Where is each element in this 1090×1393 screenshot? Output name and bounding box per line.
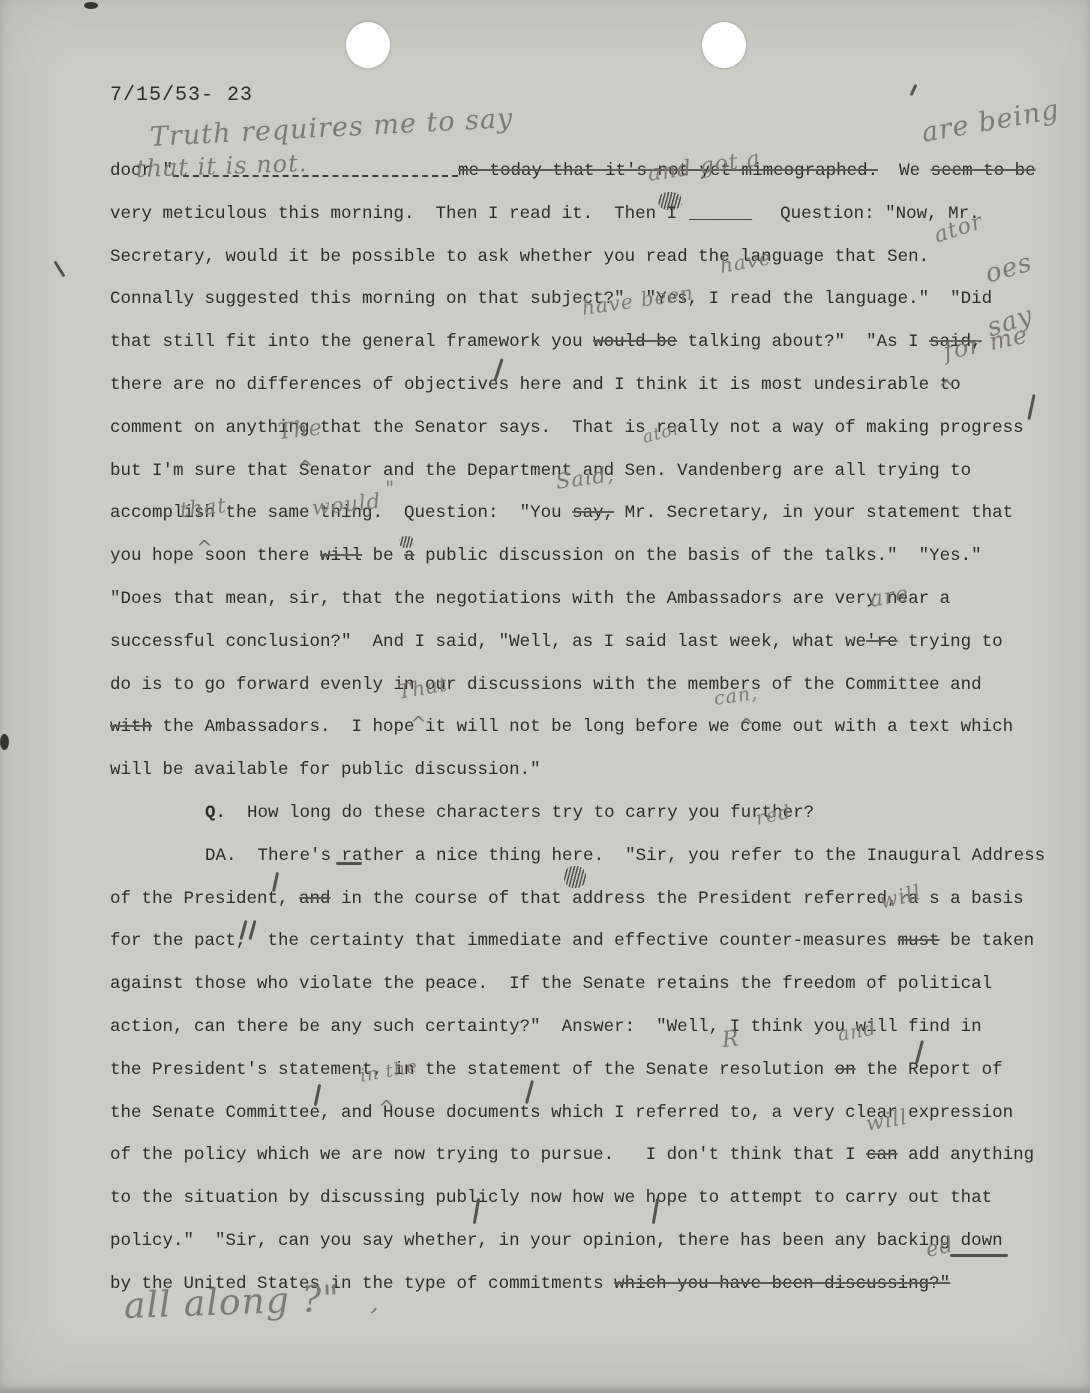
handwritten-note: Truth requires me to say xyxy=(149,103,514,153)
typed-line: the Senate Committee, and House document… xyxy=(110,1092,1070,1135)
hole-punch xyxy=(702,22,746,68)
typed-text: the Report of xyxy=(856,1060,1003,1080)
handwritten-note: are being xyxy=(919,94,1061,149)
typed-line: of the policy which we are now trying to… xyxy=(110,1134,1070,1177)
typed-text: public discussion on the basis of the ta… xyxy=(415,546,982,566)
typed-text-struck: can xyxy=(866,1145,898,1165)
slash-mark xyxy=(910,84,918,96)
typed-line: the President's statement, in the statem… xyxy=(110,1049,1070,1092)
typed-text-struck: say, xyxy=(572,503,614,523)
typed-text: accomplish the same thing. Question: "Yo… xyxy=(110,503,572,523)
typed-line: with the Ambassadors. I hope it will not… xyxy=(110,706,1070,749)
typed-line: policy." "Sir, can you say whether, in y… xyxy=(110,1220,1070,1263)
typed-line: against those who violate the peace. If … xyxy=(110,963,1070,1006)
typed-line: there are no differences of objectives h… xyxy=(110,364,1070,407)
hole-punch xyxy=(346,22,390,68)
typed-line: you hope soon there will be a public dis… xyxy=(110,535,1070,578)
typed-text: We xyxy=(878,161,931,181)
typed-line: "Does that mean, sir, that the negotiati… xyxy=(110,578,1070,621)
typed-text: the Senate Committee, and House document… xyxy=(110,1103,1013,1123)
typed-text: action, can there be any such certainty?… xyxy=(110,1017,982,1037)
typed-line: to the situation by discussing publicly … xyxy=(110,1177,1070,1220)
typed-text: ______ xyxy=(689,204,752,224)
typed-text-struck: which you have been discussing?" xyxy=(614,1274,950,1294)
typed-line: Q. How long do these characters try to c… xyxy=(110,792,1070,835)
typed-text-struck: would be xyxy=(593,332,677,352)
typed-text-struck: and xyxy=(299,889,331,909)
typed-text: DA. There's rather a nice thing here. "S… xyxy=(205,846,1045,866)
typed-line: that still fit into the general framewor… xyxy=(110,321,1070,364)
typed-line: action, can there be any such certainty?… xyxy=(110,1006,1070,1049)
typed-text: do is to go forward evenly in our discus… xyxy=(110,675,982,695)
typed-text: but I'm sure that Senator and the Depart… xyxy=(110,461,971,481)
typed-text: of the policy which we are now trying to… xyxy=(110,1145,866,1165)
page-date-header: 7/15/53- 23 xyxy=(110,84,253,107)
typed-line: but I'm sure that Senator and the Depart… xyxy=(110,450,1070,493)
typed-text: Secretary, would it be possible to ask w… xyxy=(110,247,929,267)
typed-text: be xyxy=(362,546,404,566)
typed-text: talking about?" "As I xyxy=(677,332,929,352)
typed-text: you hope soon there xyxy=(110,546,320,566)
typed-text: "Does that mean, sir, that the negotiati… xyxy=(110,589,950,609)
typed-text-struck: a xyxy=(404,546,415,566)
typed-text-struck: said, xyxy=(929,332,982,352)
typed-text: Connally suggested this morning on that … xyxy=(110,289,992,309)
typed-text: against those who violate the peace. If … xyxy=(110,974,992,994)
typed-text: door." xyxy=(110,161,173,181)
pencil-dashed-underline xyxy=(173,161,458,177)
typed-line: will be available for public discussion.… xyxy=(110,749,1070,792)
typed-line: accomplish the same thing. Question: "Yo… xyxy=(110,492,1070,535)
typed-line: comment on anything that the Senator say… xyxy=(110,407,1070,450)
typed-line: do is to go forward evenly in our discus… xyxy=(110,664,1070,707)
typed-text: How long do these characters try to carr… xyxy=(226,803,814,823)
typed-line: door."me today that it's not yet mimeogr… xyxy=(110,150,1070,193)
typed-text: successful conclusion?" And I said, "Wel… xyxy=(110,632,866,652)
scanned-document-page: 7/15/53- 23 door."me today that it's not… xyxy=(0,0,1090,1393)
typed-text: of the President, xyxy=(110,889,299,909)
typed-line: for the pact, the certainty that immedia… xyxy=(110,920,1070,963)
typed-text-struck: must xyxy=(898,931,940,951)
typed-text: be taken xyxy=(940,931,1035,951)
typed-text: Mr. Secretary, in your statement that xyxy=(614,503,1013,523)
typed-text: there are no differences of objectives h… xyxy=(110,375,961,395)
typed-text: to the situation by discussing publicly … xyxy=(110,1188,992,1208)
typed-text-struck: me today that it's not yet mimeographed. xyxy=(458,161,878,181)
typed-text: will be available for public discussion.… xyxy=(110,760,541,780)
typed-text: that still fit into the general framewor… xyxy=(110,332,593,352)
typed-line: Connally suggested this morning on that … xyxy=(110,278,1070,321)
typed-line: DA. There's rather a nice thing here. "S… xyxy=(110,835,1070,878)
typed-line: of the President, and in the course of t… xyxy=(110,878,1070,921)
typed-line: successful conclusion?" And I said, "Wel… xyxy=(110,621,1070,664)
typed-text: for the pact, the certainty that immedia… xyxy=(110,931,898,951)
typed-text-struck: will xyxy=(320,546,362,566)
typed-text: comment on anything that the Senator say… xyxy=(110,418,1024,438)
speck-mark xyxy=(84,2,98,9)
slash-mark xyxy=(53,261,65,278)
typed-text: Question: "Now, Mr. xyxy=(780,204,980,224)
typed-line: Secretary, would it be possible to ask w… xyxy=(110,236,1070,279)
typed-text: trying to xyxy=(898,632,1003,652)
typed-text-struck: with xyxy=(110,717,152,737)
typed-text: in the course of that address the Presid… xyxy=(331,889,1024,909)
typed-text: Q. xyxy=(205,803,226,823)
typed-line: very meticulous this morning. Then I rea… xyxy=(110,193,1070,236)
typed-text-struck: seem to be xyxy=(931,161,1036,181)
typed-text: the President's statement, in the statem… xyxy=(110,1060,835,1080)
typed-text-block: door."me today that it's not yet mimeogr… xyxy=(110,150,1070,1306)
typed-text: by the United States in the type of comm… xyxy=(110,1274,614,1294)
speck-mark xyxy=(0,734,9,750)
typed-line: by the United States in the type of comm… xyxy=(110,1263,1070,1306)
scan-bottom-edge-shadow xyxy=(0,1386,1090,1393)
typed-text: add anything xyxy=(898,1145,1035,1165)
typed-text-struck: on xyxy=(835,1060,856,1080)
typed-text: policy." "Sir, can you say whether, in y… xyxy=(110,1231,1003,1251)
typed-text-struck: 're xyxy=(866,632,898,652)
typed-text: the Ambassadors. I hope it will not be l… xyxy=(152,717,1013,737)
typed-text: very meticulous this morning. Then I rea… xyxy=(110,204,677,224)
